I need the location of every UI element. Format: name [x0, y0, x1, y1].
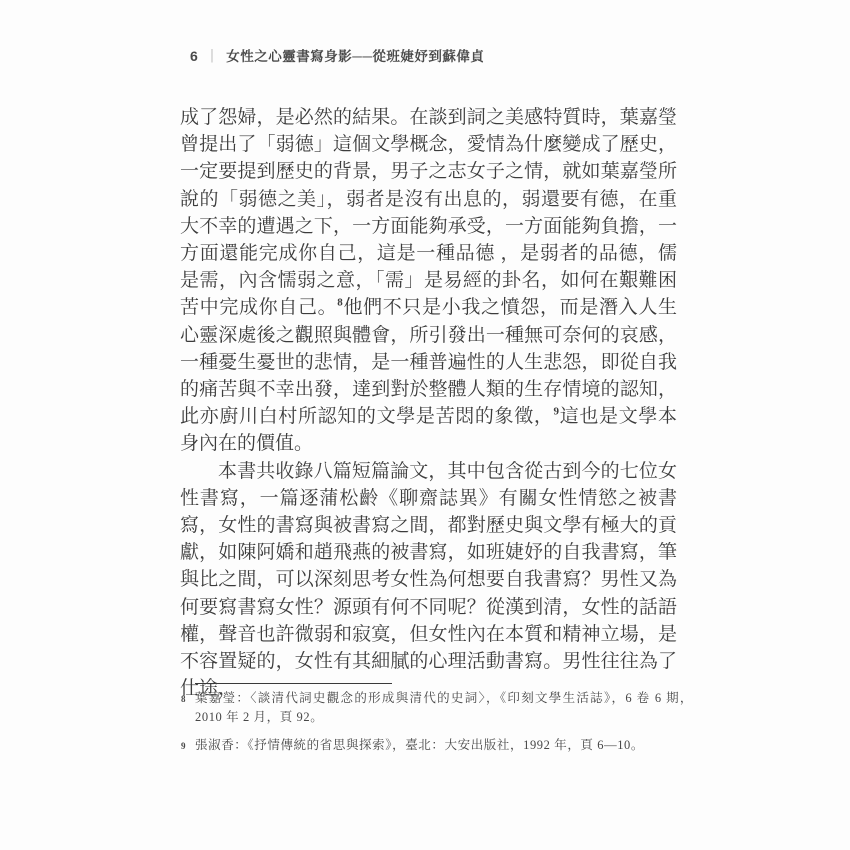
- body-text-run: 本書共收錄八篇短篇論文，其中包含從古到今的七位女性書寫，一篇逐蒲松齡《聊齋誌異》…: [180, 461, 677, 700]
- footnote-text: 張淑香：《抒情傳統的省思與探索》，臺北：大安出版社，1992 年，頁 6—10。: [195, 736, 693, 756]
- page-number: 6: [190, 48, 198, 64]
- footnote-divider: [195, 683, 392, 684]
- footnote-8: 8葉嘉瑩：〈談清代詞史觀念的形成與清代的史詞〉，《印刻文學生活誌》，6 卷 6 …: [181, 689, 693, 727]
- body-text-run: 成了怨婦，是必然的結果。在談到詞之美感特質時，葉嘉瑩曾提出了「弱德」這個文學概念…: [180, 107, 677, 318]
- footnote-marker: 9: [181, 736, 195, 756]
- body-text: 成了怨婦，是必然的結果。在談到詞之美感特質時，葉嘉瑩曾提出了「弱德」這個文學概念…: [180, 104, 677, 702]
- header-separator: ｜: [205, 49, 219, 64]
- running-head: 6｜女性之心靈書寫身影──從班婕妤到蘇偉貞: [190, 45, 484, 65]
- footnotes: 8葉嘉瑩：〈談清代詞史觀念的形成與清代的史詞〉，《印刻文學生活誌》，6 卷 6 …: [181, 689, 693, 765]
- paragraph-2: 本書共收錄八篇短篇論文，其中包含從古到今的七位女性書寫，一篇逐蒲松齡《聊齋誌異》…: [180, 458, 677, 703]
- footnote-text: 葉嘉瑩：〈談清代詞史觀念的形成與清代的史詞〉，《印刻文學生活誌》，6 卷 6 期…: [195, 689, 693, 727]
- footnote-9: 9張淑香：《抒情傳統的省思與探索》，臺北：大安出版社，1992 年，頁 6—10…: [181, 736, 693, 756]
- footnote-marker: 8: [181, 689, 195, 727]
- book-title: 女性之心靈書寫身影──從班婕妤到蘇偉貞: [226, 49, 484, 64]
- book-page: 6｜女性之心靈書寫身影──從班婕妤到蘇偉貞 成了怨婦，是必然的結果。在談到詞之美…: [0, 0, 850, 850]
- paragraph-1: 成了怨婦，是必然的結果。在談到詞之美感特質時，葉嘉瑩曾提出了「弱德」這個文學概念…: [180, 104, 677, 458]
